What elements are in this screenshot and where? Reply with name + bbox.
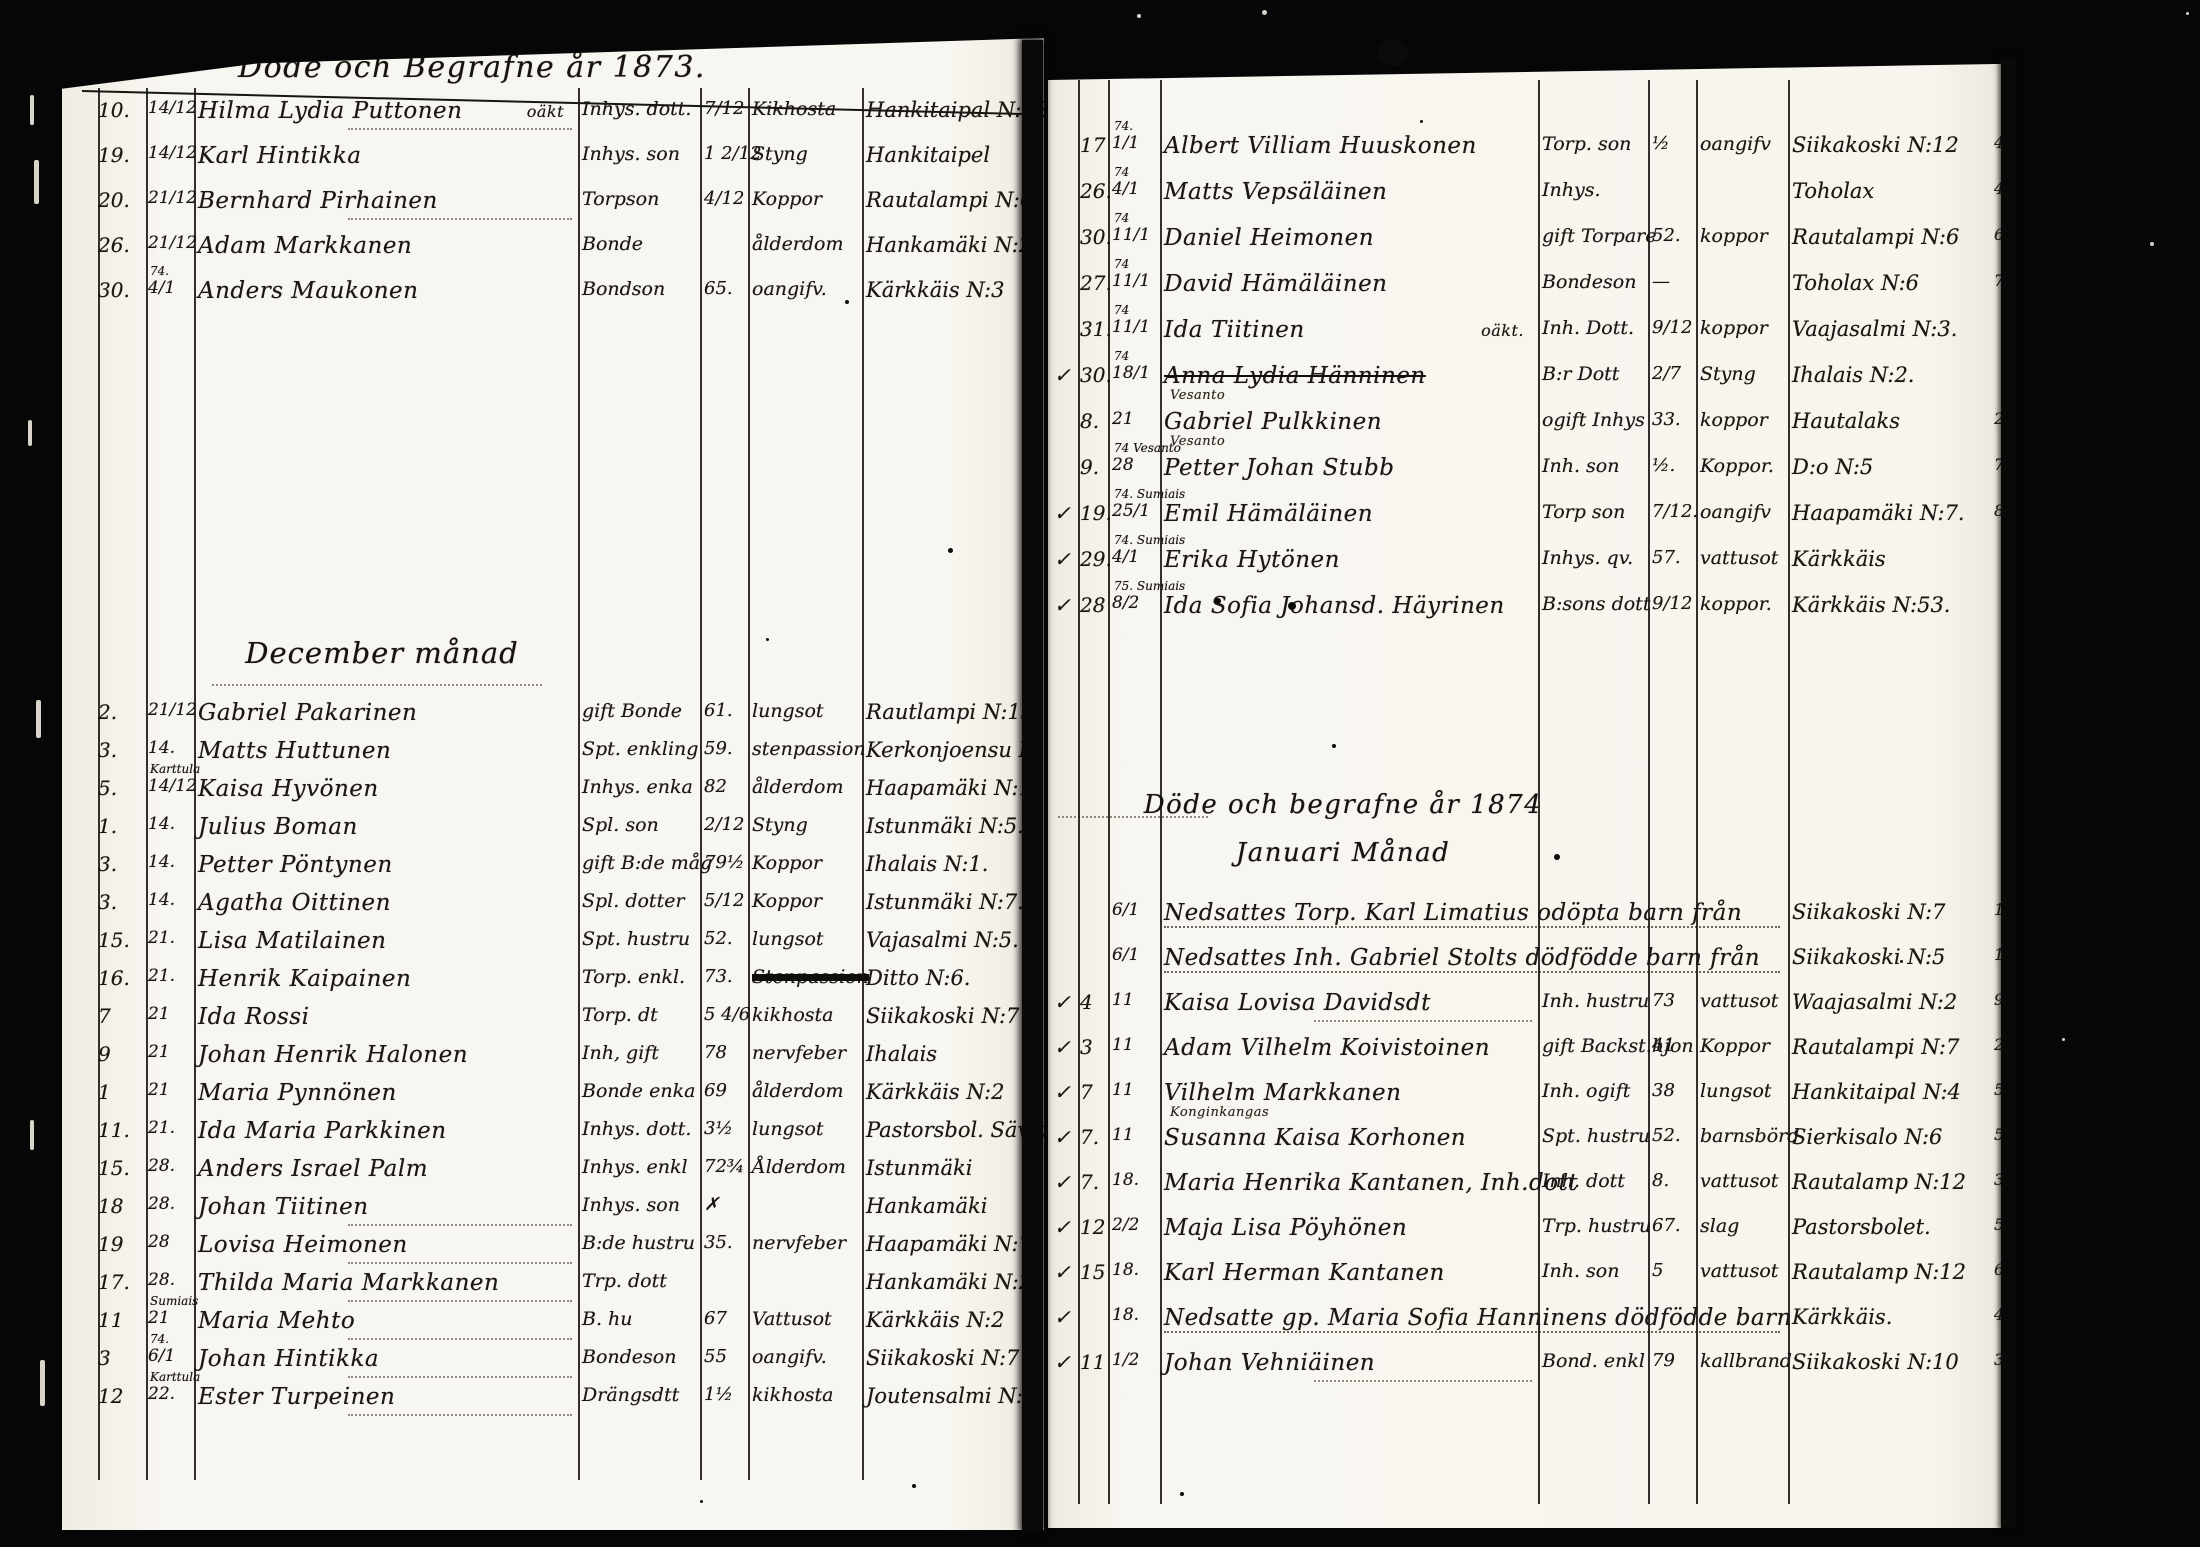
deceased-name: Karl Hintikka	[198, 143, 572, 169]
status-title: Inh. dott	[1542, 1170, 1625, 1192]
cause-of-death: lungsot	[752, 700, 824, 722]
register-row: 2.21/12Gabriel Pakarinengift Bonde61.lun…	[62, 700, 1044, 742]
status-title: ogift Inhys	[1542, 409, 1645, 431]
check-mark: ✓	[1054, 1215, 1071, 1239]
column-rule	[98, 88, 100, 1480]
entry-number: 4	[1080, 990, 1093, 1014]
deceased-name: Lisa Matilainen	[198, 928, 572, 954]
check-mark: ✓	[1054, 1125, 1071, 1149]
status-title: B:de hustru	[582, 1232, 695, 1254]
date-annotation: 74	[1114, 211, 1129, 225]
date-annotation: 74.	[1114, 119, 1133, 133]
status-title: Inh. son	[1542, 455, 1619, 477]
register-row: 6/1Nedsattes Torp. Karl Limatius odöpta …	[1048, 900, 2004, 942]
burial-place: Ditto N:6.	[866, 966, 971, 990]
cause-of-death: lungsot	[752, 928, 824, 950]
burial-date: 2874 Vesanto	[1112, 455, 1134, 475]
entry-number: 15	[1080, 1260, 1105, 1284]
register-row: 1.14.Julius BomanSpl. son2/12StyngIstunm…	[62, 814, 1044, 856]
age-value: 2/7	[1652, 363, 1681, 384]
entry-number: 12	[98, 1384, 123, 1408]
cause-of-death: vattusot	[1700, 547, 1778, 569]
age-value: ½	[1652, 133, 1669, 154]
age-value: 55	[704, 1346, 727, 1367]
status-title: Torp. son	[1542, 133, 1631, 155]
deceased-name: Henrik Kaipainen	[198, 966, 572, 992]
guide-dots	[348, 218, 572, 220]
cause-of-death: Koppor	[752, 852, 822, 874]
date-annotation: 74	[1114, 257, 1129, 271]
deceased-name: Daniel Heimonen	[1164, 225, 1532, 251]
burial-date: 14.	[148, 890, 175, 910]
deceased-name: Gabriel Pakarinen	[198, 700, 572, 726]
column-rule	[1108, 80, 1110, 1504]
burial-date: 28.	[148, 1156, 175, 1176]
cause-of-death: stenpassion	[752, 738, 866, 760]
burial-place: Toholax	[1792, 179, 1874, 203]
burial-date: 18.	[1112, 1305, 1139, 1325]
entry-number: 19.	[98, 143, 130, 167]
deceased-name: Erika Hytönen	[1164, 547, 1532, 573]
burial-place: Haapamäki N:7	[866, 1232, 1032, 1256]
register-row: 3.14.Matts HuttunenSpt. enkling59.stenpa…	[62, 738, 1044, 780]
deceased-name: Hilma Lydia Puttonenoäkt	[198, 98, 572, 124]
status-title: Inh. Dott.	[1542, 317, 1634, 339]
date-annotation: 74	[1114, 165, 1129, 179]
age-value: 41	[1652, 1035, 1675, 1056]
burial-date: 28.	[148, 1194, 175, 1214]
check-mark: ✓	[1054, 1305, 1071, 1329]
age-value: 35.	[704, 1232, 733, 1253]
deceased-name: Vilhelm MarkkanenKonginkangas	[1164, 1080, 1532, 1106]
cause-of-death: kikhosta	[752, 1384, 834, 1406]
register-row: 121Maria PynnönenBonde enka69ålderdomKär…	[62, 1080, 1044, 1122]
column-rule	[194, 88, 196, 1480]
burial-date: 21/12	[148, 700, 197, 720]
register-row: 1928Lovisa HeimonenB:de hustru35.nervfeb…	[62, 1232, 1044, 1274]
register-row: 20.21/12Bernhard PirhainenTorpson4/12Kop…	[62, 188, 1044, 230]
binding-gutter	[1022, 40, 1043, 1530]
ink-speck	[1900, 960, 1903, 963]
entry-number: 11.	[98, 1118, 130, 1142]
burial-place: Ihalais	[866, 1042, 937, 1066]
check-mark: ✓	[1054, 501, 1071, 525]
status-title: Inh. son	[1542, 1260, 1619, 1282]
status-title: Bonde	[582, 233, 643, 255]
check-mark: ✓	[1054, 1350, 1071, 1374]
register-row: 31.11/174Ida Tiitinenoäkt.Inh. Dott.9/12…	[1048, 317, 2004, 359]
deceased-name: Kaisa Hyvönen	[198, 776, 572, 802]
entry-number: 7	[1080, 1080, 1093, 1104]
age-value: 79	[1652, 1350, 1675, 1371]
guide-dots	[348, 1338, 572, 1340]
paper-fleck	[30, 1120, 34, 1150]
entry-number: 9.	[1080, 455, 1099, 479]
burial-date: 11	[1112, 1125, 1134, 1145]
status-title: B. hu	[582, 1308, 633, 1330]
paper-fleck	[36, 700, 41, 738]
cause-of-death: koppor	[1700, 225, 1768, 247]
deceased-name: Anna Lydia HänninenVesanto	[1164, 363, 1532, 389]
status-title: Inh, gift	[582, 1042, 659, 1064]
date-annotation: 74.	[150, 264, 169, 278]
burial-place: Waajasalmi N:2	[1792, 990, 1957, 1014]
register-row: 15.21.Lisa MatilainenSpt. hustru52.lungs…	[62, 928, 1044, 970]
age-value: 52.	[1652, 225, 1681, 246]
date-annotation: Sumiais	[150, 1294, 198, 1308]
entry-number: 2.	[98, 700, 117, 724]
status-title: Drängsdtt	[582, 1384, 679, 1406]
burial-date: 21.	[148, 966, 175, 986]
entry-number: 10.	[98, 98, 130, 122]
age-value: 69	[704, 1080, 727, 1101]
burial-place: Rautalamp N:12	[1792, 1260, 1966, 1284]
burial-place: Pastorsbolet.	[1792, 1215, 1931, 1239]
register-row: ✓30.18/174Anna Lydia HänninenVesantoB:r …	[1048, 363, 2004, 405]
register-row: ✓7.11Susanna Kaisa KorhonenSpt. hustru52…	[1048, 1125, 2004, 1167]
register-row: 1828.Johan TiitinenInhys. son✗Hankamäki	[62, 1194, 1044, 1236]
burial-place: Siikakoski N:10	[1792, 1350, 1959, 1374]
status-title: Inh. ogift	[1542, 1080, 1630, 1102]
guide-dots	[348, 1414, 572, 1416]
paper-fleck	[30, 95, 34, 125]
burial-place: Kärkkäis	[1792, 547, 1886, 571]
register-row: 1222.KarttulaEster TurpeinenDrängsdtt1½k…	[62, 1384, 1044, 1426]
burial-date: 1/2	[1112, 1350, 1139, 1370]
ink-speck	[912, 1484, 916, 1488]
status-title: Bondson	[582, 278, 665, 300]
december-heading: December månad	[202, 636, 562, 670]
deceased-name: Karl Herman Kantanen	[1164, 1260, 1532, 1286]
burial-place: Kärkkäis N:3	[866, 278, 1004, 302]
burial-place: Kerkonjoensu N:19	[866, 738, 1044, 762]
deceased-name: Petter Pöntynen	[198, 852, 572, 878]
guide-dots	[1314, 1380, 1532, 1382]
paper-fleck	[40, 1360, 45, 1406]
register-row: ✓411Kaisa Lovisa DavidsdtInh. hustru73va…	[1048, 990, 2004, 1032]
column-rule	[1696, 80, 1698, 1504]
status-title: B:sons dott	[1542, 593, 1650, 615]
age-value: 8.	[1652, 1170, 1669, 1191]
burial-place: Hautalaks	[1792, 409, 1900, 433]
burial-place: Rautalampi N:6	[866, 188, 1033, 212]
burial-date: 4/174. Sumiais	[1112, 547, 1139, 567]
paper-fleck	[1137, 14, 1141, 18]
status-title: Spl. dotter	[582, 890, 685, 912]
name-tag: oäkt.	[1481, 321, 1524, 340]
entry-number: 18	[98, 1194, 123, 1218]
deceased-name: Ida Maria Parkkinen	[198, 1118, 572, 1144]
burial-place: Toholax N:6	[1792, 271, 1919, 295]
burial-date: 6/174.	[148, 1346, 175, 1366]
entry-number: 7.	[1080, 1170, 1099, 1194]
burial-place: Kärkkäis.	[1792, 1305, 1892, 1329]
column-rule	[1160, 80, 1162, 1504]
column-rule	[862, 88, 864, 1480]
ink-speck	[1215, 598, 1221, 604]
cause-of-death: Kikhosta	[752, 98, 836, 120]
status-title: Bondeson	[1542, 271, 1636, 293]
burial-date: 14/12Karttula	[148, 776, 197, 796]
deceased-name: Matts Vepsäläinen	[1164, 179, 1532, 205]
ink-speck	[766, 638, 769, 641]
burial-place: Vaajasalmi N:3.	[1792, 317, 1957, 341]
burial-date: 4/174	[1112, 179, 1139, 199]
register-row: ✓19.25/174. SumiaisEmil HämäläinenTorp s…	[1048, 501, 2004, 543]
cause-of-death: nervfeber	[752, 1232, 846, 1254]
burial-place: Hankamäki N:2	[866, 1270, 1032, 1294]
status-title: Bondeson	[582, 1346, 676, 1368]
burial-place: Hankamäki	[866, 1194, 987, 1218]
check-mark: ✓	[1054, 990, 1071, 1014]
paper-fleck	[2186, 12, 2189, 15]
status-title: Spt. hustru	[1542, 1125, 1650, 1147]
register-row: 10.14/12Hilma Lydia PuttonenoäktInhys. d…	[62, 98, 1044, 140]
burial-place: Siikakoski N:7	[1792, 900, 1945, 924]
burial-date: 8/275. Sumiais	[1112, 593, 1139, 613]
status-title: gift Torpare	[1542, 225, 1656, 247]
status-title: Torp. dt	[582, 1004, 658, 1026]
status-title: Bond. enkl	[1542, 1350, 1645, 1372]
age-value: 4/12	[704, 188, 744, 209]
register-row: 30.11/174Daniel Heimonengift Torpare52.k…	[1048, 225, 2004, 267]
entry-number: 15.	[98, 1156, 130, 1180]
ink-speck	[700, 1500, 703, 1503]
column-rule	[700, 88, 702, 1480]
burial-date: 14.	[148, 814, 175, 834]
burial-place: Istunmäki N:7.	[866, 890, 1024, 914]
register-row: 15.28.Anders Israel PalmInhys. enkl72¾Ål…	[62, 1156, 1044, 1198]
cause-of-death: Koppor	[752, 890, 822, 912]
burial-date: 2/2	[1112, 1215, 1139, 1235]
age-value: 78	[704, 1042, 727, 1063]
register-row: 921Johan Henrik HalonenInh, gift78nervfe…	[62, 1042, 1044, 1084]
burial-date: 11	[1112, 1080, 1134, 1100]
entry-number: 28	[1080, 593, 1105, 617]
deceased-name: Susanna Kaisa Korhonen	[1164, 1125, 1532, 1151]
age-value: 2/12	[704, 814, 744, 835]
page-right-edge	[2001, 58, 2015, 1528]
burial-place: Istunmäki	[866, 1156, 972, 1180]
date-annotation: Karttula	[150, 762, 200, 776]
check-mark: ✓	[1054, 1260, 1071, 1284]
cause-of-death: ålderdom	[752, 233, 844, 255]
burial-date: 21	[148, 1080, 170, 1100]
burial-date: 21	[148, 1004, 170, 1024]
age-value: 73.	[704, 966, 733, 987]
deceased-name: David Hämäläinen	[1164, 271, 1532, 297]
deceased-name: Petter Johan Stubb	[1164, 455, 1532, 481]
deceased-name: Ester Turpeinen	[198, 1384, 572, 1410]
deceased-name: Johan Tiitinen	[198, 1194, 572, 1220]
entry-number: 30.	[98, 278, 130, 302]
date-annotation: 74 Vesanto	[1114, 441, 1181, 455]
burial-date: 18/174	[1112, 363, 1150, 383]
cause-of-death: nervfeber	[752, 1042, 846, 1064]
check-mark: ✓	[1054, 1080, 1071, 1104]
guide-dots	[1314, 1020, 1532, 1022]
cause-of-death: Koppor.	[1700, 455, 1774, 477]
cause-of-death: koppor.	[1700, 593, 1772, 615]
burial-place: Hankitaipal N:4	[1792, 1080, 1961, 1104]
age-value: 33.	[1652, 409, 1681, 430]
register-row: 26.4/174Matts VepsäläinenInhys.Toholax45	[1048, 179, 2004, 221]
guide-dots	[348, 128, 572, 130]
cause-of-death: koppor	[1700, 317, 1768, 339]
burial-place: Rautlampi N:13.	[866, 700, 1041, 724]
place-annotation: Vesanto	[1170, 388, 1225, 403]
deceased-name: Julius Boman	[198, 814, 572, 840]
burial-date: 14.	[148, 852, 175, 872]
register-row: 721Ida RossiTorp. dt5 4/6kikhostaSiikako…	[62, 1004, 1044, 1046]
paper-fleck	[1262, 10, 1267, 15]
burial-place: Siikakoski N:12	[1792, 133, 1959, 157]
date-annotation: Karttula	[150, 1370, 200, 1384]
burial-place: Kärkkäis N:2	[866, 1080, 1004, 1104]
burial-place: Ihalais N:1.	[866, 852, 988, 876]
deceased-name: Thilda Maria Markkanen	[198, 1270, 572, 1296]
cause-of-death: Styng	[752, 143, 808, 165]
register-row: 6/1Nedsattes Inh. Gabriel Stolts dödfödd…	[1048, 945, 2004, 987]
status-title: Inhys. dott.	[582, 1118, 691, 1140]
status-title: Inhys. enkl	[582, 1156, 688, 1178]
cause-of-death: oangifv.	[752, 1346, 827, 1368]
cause-of-death: barnsbörd	[1700, 1125, 1799, 1147]
age-value: 57.	[1652, 547, 1681, 568]
burial-date: 14.	[148, 738, 175, 758]
deceased-name: Maria Mehto	[198, 1308, 572, 1334]
register-row: 9.2874 VesantoPetter Johan StubbInh. son…	[1048, 455, 2004, 497]
burial-place: Ihalais N:2.	[1792, 363, 1914, 387]
status-title: Inhys. son	[582, 143, 680, 165]
register-row: ✓7.18.Maria Henrika Kantanen, Inh.dottIn…	[1048, 1170, 2004, 1212]
burial-date: 18.	[1112, 1260, 1139, 1280]
deceased-name: Lovisa Heimonen	[198, 1232, 572, 1258]
burial-date: 21Sumiais	[148, 1308, 170, 1328]
burial-date: 11/174	[1112, 271, 1150, 291]
burial-date: 21.	[148, 1118, 175, 1138]
page-corner-shadow	[62, 38, 252, 82]
entry-number: 3	[1080, 1035, 1093, 1059]
cause-of-death: oangifv.	[752, 278, 827, 300]
check-mark: ✓	[1054, 593, 1071, 617]
deceased-name: Nedsattes Inh. Gabriel Stolts dödfödde b…	[1164, 945, 1780, 973]
status-title: Spt. enkling	[582, 738, 698, 760]
check-mark: ✓	[1054, 363, 1071, 387]
age-value: 9/12	[1652, 593, 1692, 614]
age-value: 5	[1652, 1260, 1663, 1281]
deceased-name: Ida Sofia Johansd. Häyrinen	[1164, 593, 1532, 619]
cause-of-death: oangifv	[1700, 133, 1771, 155]
register-row: ✓111/2Johan VehniäinenBond. enkl79kallbr…	[1048, 1350, 2004, 1392]
burial-date: 22.Karttula	[148, 1384, 175, 1404]
burial-place: Rautalampi N:7	[1792, 1035, 1959, 1059]
burial-place: D:o N:5	[1792, 455, 1873, 479]
right-page: Döde och begrafne år 1874 Januari Månad …	[1048, 58, 2004, 1528]
entry-number: 3.	[98, 738, 117, 762]
guide-dots	[348, 1300, 572, 1302]
deceased-name: Anders Maukonen	[198, 278, 572, 304]
cause-of-death: Styng	[1700, 363, 1756, 385]
register-row: ✓1518.Karl Herman KantanenInh. son5vattu…	[1048, 1260, 2004, 1302]
paper-fleck	[2062, 1038, 2065, 1041]
page-title-1873: Döde och Begrafne år 1873.	[232, 50, 712, 85]
deceased-name: Matts Huttunen	[198, 738, 572, 764]
register-row: ✓29.4/174. SumiaisErika HytönenInhys. qv…	[1048, 547, 2004, 589]
burial-date: 4/174.	[148, 278, 175, 298]
burial-date: 28	[148, 1232, 170, 1252]
age-value: 1½	[704, 1384, 733, 1405]
guide-dots	[348, 1376, 572, 1378]
register-scan: Döde och Begrafne år 1873. December måna…	[0, 0, 2200, 1547]
age-value: 67	[704, 1308, 727, 1329]
age-value: 73	[1652, 990, 1675, 1011]
burial-date: 14/12	[148, 143, 197, 163]
register-row: 8.21Gabriel PulkkinenVesantoogift Inhys3…	[1048, 409, 2004, 451]
deceased-name: Ida Rossi	[198, 1004, 572, 1030]
cause-of-death: koppor	[1700, 409, 1768, 431]
cause-of-death: lungsot	[752, 1118, 824, 1140]
age-value: 5 4/6	[704, 1004, 750, 1025]
cause-of-death: Stenpassion	[752, 966, 869, 988]
burial-date: 18.	[1112, 1170, 1139, 1190]
register-row: 11.21.Ida Maria ParkkinenInhys. dott.3½l…	[62, 1118, 1044, 1160]
register-row: 36/174.Johan HintikkaBondeson55oangifv.S…	[62, 1346, 1044, 1388]
deceased-name: Albert Villiam Huuskonen	[1164, 133, 1532, 159]
register-row: 27.11/174David HämäläinenBondeson—Tohola…	[1048, 271, 2004, 313]
register-row: 19.14/12Karl HintikkaInhys. son1 2/12Sty…	[62, 143, 1044, 185]
burial-date: 6/1	[1112, 945, 1139, 965]
burial-date: 11	[1112, 1035, 1134, 1055]
deceased-name: Bernhard Pirhainen	[198, 188, 572, 214]
deceased-name: Gabriel PulkkinenVesanto	[1164, 409, 1532, 435]
age-value: 59.	[704, 738, 733, 759]
burial-date: 21/12	[148, 188, 197, 208]
entry-number: 15.	[98, 928, 130, 952]
burial-place: Hankitaipel	[866, 143, 990, 167]
column-rule	[578, 88, 580, 1480]
burial-date: 11	[1112, 990, 1134, 1010]
deceased-name: Johan Vehniäinen	[1164, 1350, 1532, 1376]
paper-fleck	[34, 160, 39, 204]
burial-date: 1/174.	[1112, 133, 1139, 153]
entry-number: 3.	[98, 890, 117, 914]
cause-of-death: Styng	[752, 814, 808, 836]
status-title: Torpson	[582, 188, 659, 210]
januari-heading: Januari Månad	[1128, 838, 1558, 868]
cause-of-death: Vattusot	[752, 1308, 832, 1330]
entry-number: 16.	[98, 966, 130, 990]
cause-of-death: oangifv	[1700, 501, 1771, 523]
burial-place: Rautalamp N:12	[1792, 1170, 1966, 1194]
deceased-name: Maja Lisa Pöyhönen	[1164, 1215, 1532, 1241]
burial-date: 25/174. Sumiais	[1112, 501, 1150, 521]
burial-place: Hankamäki N:2	[866, 233, 1032, 257]
age-value: 9/12	[1652, 317, 1692, 338]
status-title: Inhys. enka	[582, 776, 693, 798]
register-row: 1121SumiaisMaria MehtoB. hu67VattusotKär…	[62, 1308, 1044, 1350]
age-value: ½.	[1652, 455, 1675, 476]
column-rule	[1078, 80, 1080, 1504]
entry-number: 17.	[98, 1270, 130, 1294]
entry-number: 7.	[1080, 1125, 1099, 1149]
entry-number: 3.	[98, 852, 117, 876]
date-annotation: 74. Sumiais	[1114, 533, 1185, 547]
ink-speck	[845, 300, 849, 304]
age-value: 67.	[1652, 1215, 1681, 1236]
burial-place: Siikakoski N:7	[866, 1004, 1019, 1028]
burial-date: 11/174	[1112, 317, 1150, 337]
